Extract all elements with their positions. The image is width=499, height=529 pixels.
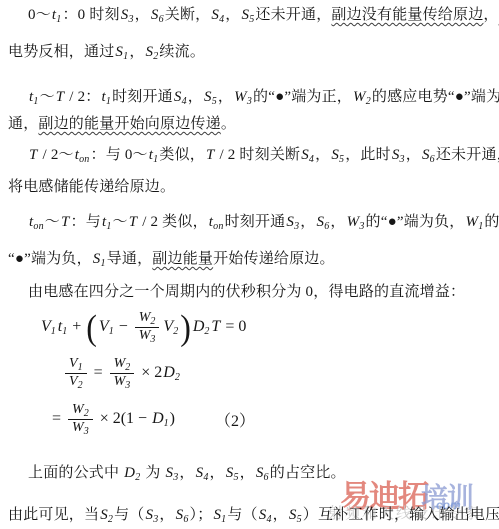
formula-gain-step1: V1V2 = W2W3 × 2D2 [62,356,181,391]
fraction: W2W3 [110,356,135,391]
para3-line1: T / 2～ton：与 0～t1类似，T / 2 时刻关断S4，S5，此时S3，… [28,146,499,165]
para6-line1: 上面的公式中 D2 为 S3，S4，S5，S6的占空比。 [28,464,346,483]
para1-line1: 0～t1：0 时刻S3，S6关断，S4，S5还未开通，副边没有能量传给原边，原边… [28,6,499,25]
para4-line1: ton～T：与t1～T / 2 类似，ton时刻开通S3，S6，W3的“●”端为… [28,213,499,232]
big-parenthesis: ( [86,311,97,343]
formula-volt-second-balance: V1t1 + (V1 − W2W3V2)D2T = 0 [40,310,246,345]
para4-line2: “●”端为负，S1导通，副边能量开始传递给原边。 [8,250,335,269]
para1-line2: 电势反相，通过S1，S2续流。 [8,43,205,62]
para5-line1: 由电感在四分之一个周期内的伏秒积分为 0，得电路的直流增益： [28,283,465,302]
para2-line1: t1～T / 2：t1时刻开通S4，S5，W3的“●”端为正，W2的感应电势“●… [28,88,499,107]
para2-line2: 通，副边的能量开始向原边传递。 [8,115,236,134]
document-page: 0～t1：0 时刻S3，S6关断，S4，S5还未开通，副边没有能量传给原边，原边… [0,0,499,529]
fraction: W2W3 [135,310,160,345]
formula-gain-step2: = W2W3 × 2(1 − D1) （2） [52,402,255,437]
fraction: V1V2 [65,356,87,391]
para3-line2: 将电感储能传递给原边。 [8,178,175,197]
fraction: W2W3 [68,402,93,437]
big-parenthesis: ) [180,311,191,343]
para7-line1: 由此可见，当S2与（S3，S6）；S1与（S4，S5）互补工作时，输入输出电压关… [8,506,499,525]
